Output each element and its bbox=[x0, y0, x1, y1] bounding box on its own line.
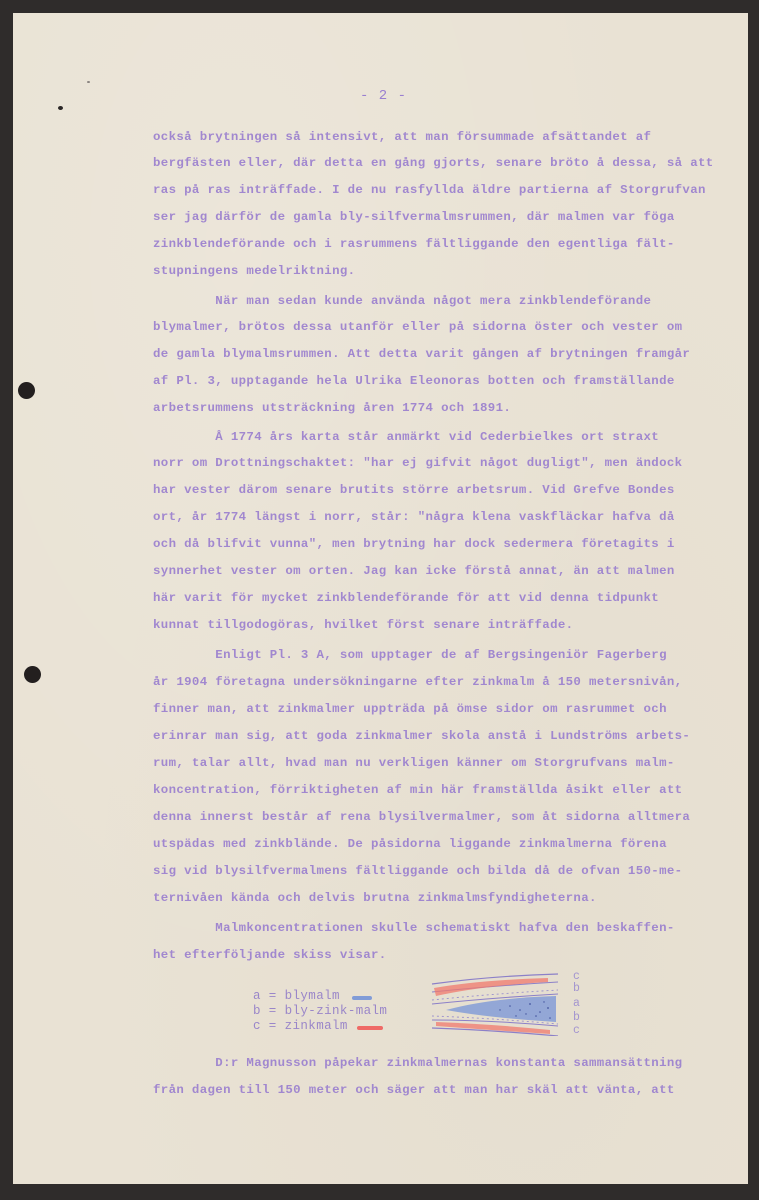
text-line: kunnat tillgodogöras, hvilket först sena… bbox=[153, 618, 573, 632]
text-line: När man sedan kunde använda något mera z… bbox=[153, 294, 651, 308]
closing-line-2: från dagen till 150 meter och säger att … bbox=[153, 1083, 675, 1097]
text-line: utspädas med zinkblände. De påsidorna li… bbox=[153, 837, 667, 851]
legend-item-a: a = blymalm bbox=[253, 989, 340, 1003]
red-swatch-icon bbox=[357, 1026, 383, 1030]
text-line: här varit för mycket zinkblendeförande f… bbox=[153, 591, 659, 605]
text-line: koncentration, förriktigheten af min här… bbox=[153, 783, 682, 797]
ore-concentration-sketch bbox=[430, 972, 562, 1036]
ink-speck bbox=[58, 106, 63, 110]
text-line: zinkblendeförande och i rasrummens fältl… bbox=[153, 237, 675, 251]
ink-speck bbox=[87, 81, 90, 83]
legend-item-b: b = bly-zink-malm bbox=[253, 1004, 387, 1018]
text-line: finner man, att zinkmalmer uppträda på ö… bbox=[153, 702, 667, 716]
text-line: har vester därom senare brutits större a… bbox=[153, 483, 675, 497]
blue-swatch-icon bbox=[352, 996, 372, 1000]
page-number: - 2 - bbox=[360, 88, 407, 104]
text-line: blymalmer, brötos dessa utanför eller på… bbox=[153, 320, 682, 334]
closing-line-1: D:r Magnusson påpekar zinkmalmernas kons… bbox=[153, 1056, 682, 1070]
sketch-label-a: a bbox=[573, 997, 580, 1010]
text-line: erinrar man sig, att goda zinkmalmer sko… bbox=[153, 729, 690, 743]
text-line: het efterföljande skiss visar. bbox=[153, 948, 387, 962]
text-line: Malmkoncentrationen skulle schematiskt h… bbox=[153, 921, 675, 935]
text-line: stupningens medelriktning. bbox=[153, 264, 355, 278]
sketch-label-b-top: b bbox=[573, 982, 580, 995]
text-line: rum, talar allt, hvad man nu verkligen k… bbox=[153, 756, 675, 770]
sketch-label-c-bottom: c bbox=[573, 1024, 580, 1037]
sketch-label-b-bottom: b bbox=[573, 1011, 580, 1024]
text-line: år 1904 företagna undersökningarne efter… bbox=[153, 675, 682, 689]
punch-hole-top bbox=[18, 382, 35, 399]
text-line: ort, år 1774 längst i norr, står: "några… bbox=[153, 510, 675, 524]
text-line: de gamla blymalmsrummen. Att detta varit… bbox=[153, 347, 690, 361]
text-line: norr om Drottningschaktet: "har ej gifvi… bbox=[153, 456, 682, 470]
text-line: bergfästen eller, där detta en gång gjor… bbox=[153, 156, 714, 170]
text-line: ras på ras inträffade. I de nu rasfyllda… bbox=[153, 183, 706, 197]
text-line: ser jag därför de gamla bly-silfvermalms… bbox=[153, 210, 675, 224]
text-line: ternivåen kända och delvis brutna zinkma… bbox=[153, 891, 597, 905]
text-line: arbetsrummens utsträckning åren 1774 och… bbox=[153, 401, 511, 415]
text-line: denna innerst består af rena blysilverma… bbox=[153, 810, 690, 824]
punch-hole-bottom bbox=[24, 666, 41, 683]
text-line: af Pl. 3, upptagande hela Ulrika Eleonor… bbox=[153, 374, 675, 388]
text-line: och då blifvit vunna", men brytning har … bbox=[153, 537, 675, 551]
text-line: synnerhet vester om orten. Jag kan icke … bbox=[153, 564, 675, 578]
text-line: Å 1774 års karta står anmärkt vid Cederb… bbox=[153, 430, 659, 444]
text-line: också brytningen så intensivt, att man f… bbox=[153, 130, 651, 144]
legend-item-c: c = zinkmalm bbox=[253, 1019, 348, 1033]
text-line: sig vid blysilfvermalmens fältliggande o… bbox=[153, 864, 682, 878]
text-line: Enligt Pl. 3 A, som upptager de af Bergs… bbox=[153, 648, 667, 662]
